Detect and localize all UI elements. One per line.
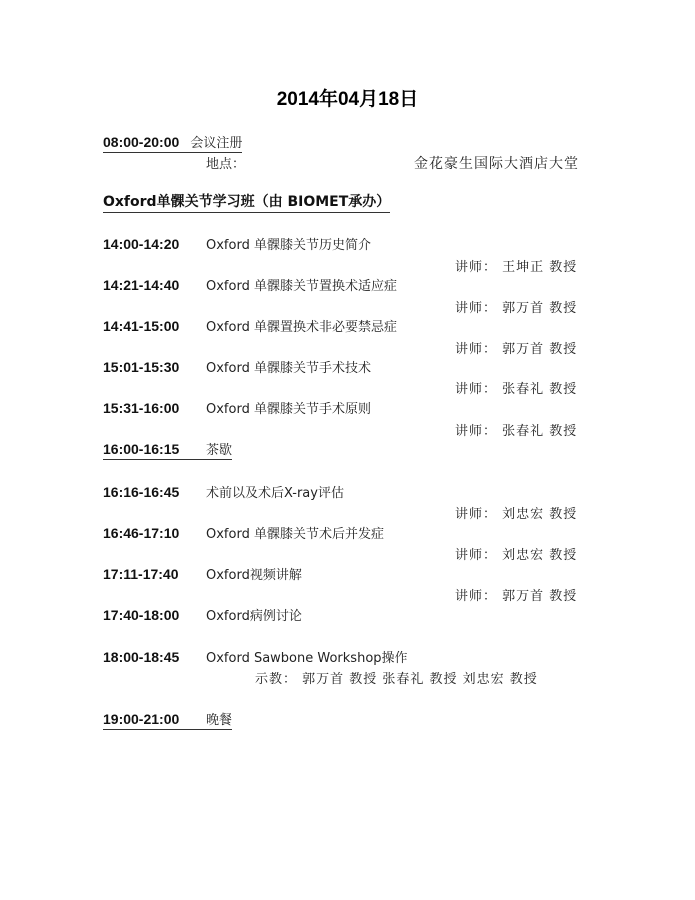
- row-lecturer: 讲师： 郭万首 教授: [455, 338, 577, 357]
- schedule-row: 18:00-18:45Oxford Sawbone Workshop操作: [103, 647, 408, 666]
- row-lecturer: 讲师： 刘忠宏 教授: [455, 503, 577, 522]
- row-topic: Oxford视频讲解: [206, 568, 302, 583]
- row-lecturer: 讲师： 王坤正 教授: [455, 256, 577, 275]
- row-topic: Oxford病例讨论: [206, 609, 302, 624]
- row-topic: 术前以及术后X-ray评估: [206, 486, 344, 501]
- course-heading: Oxford单髁关节学习班（由 BIOMET承办）: [103, 191, 390, 213]
- row-lecturer: 讲师： 郭万首 教授: [455, 297, 577, 316]
- row-topic: Oxford 单髁膝关节术后并发症: [206, 527, 384, 542]
- row-time: 16:16-16:45: [103, 484, 206, 500]
- row-topic: Oxford 单髁膝关节手术原则: [206, 402, 371, 417]
- row-topic: 晚餐: [206, 713, 232, 728]
- registration-label: 会议注册: [190, 136, 242, 151]
- schedule-row: 14:00-14:20Oxford 单髁膝关节历史简介: [103, 234, 371, 253]
- row-time: 14:21-14:40: [103, 277, 206, 293]
- row-topic: Oxford Sawbone Workshop操作: [206, 651, 408, 666]
- schedule-row-tea-break: 16:00-16:15茶歇: [103, 439, 232, 460]
- schedule-row: 16:16-16:45术前以及术后X-ray评估: [103, 482, 344, 501]
- row-time: 16:00-16:15: [103, 441, 206, 457]
- row-time: 19:00-21:00: [103, 711, 206, 727]
- row-time: 14:41-15:00: [103, 318, 206, 334]
- location-label: 地点：: [206, 153, 245, 172]
- row-lecturer: 讲师： 郭万首 教授: [455, 585, 577, 604]
- row-lecturer: 讲师： 刘忠宏 教授: [455, 544, 577, 563]
- page-title: 2014年04月18日: [0, 84, 695, 111]
- row-topic: Oxford 单髁置换术非必要禁忌症: [206, 320, 397, 335]
- row-time: 18:00-18:45: [103, 649, 206, 665]
- row-topic: Oxford 单髁膝关节置换术适应症: [206, 279, 397, 294]
- location-value: 金花豪生国际大酒店大堂: [414, 153, 579, 173]
- row-time: 15:01-15:30: [103, 359, 206, 375]
- row-time: 17:40-18:00: [103, 607, 206, 623]
- registration-line: 08:00-20:00 会议注册: [103, 132, 242, 153]
- row-topic: Oxford 单髁膝关节手术技术: [206, 361, 371, 376]
- row-lecturer: 讲师： 张春礼 教授: [455, 420, 577, 439]
- schedule-row: 16:46-17:10Oxford 单髁膝关节术后并发症: [103, 523, 384, 542]
- row-time: 14:00-14:20: [103, 236, 206, 252]
- schedule-row-dinner: 19:00-21:00晚餐: [103, 709, 232, 730]
- schedule-row: 17:40-18:00Oxford病例讨论: [103, 605, 302, 624]
- row-time: 17:11-17:40: [103, 566, 206, 582]
- row-lecturer: 讲师： 张春礼 教授: [455, 378, 577, 397]
- row-topic: Oxford 单髁膝关节历史简介: [206, 238, 371, 253]
- row-topic: 茶歇: [206, 443, 232, 458]
- row-time: 15:31-16:00: [103, 400, 206, 416]
- registration-time: 08:00-20:00: [103, 134, 179, 150]
- schedule-row: 14:41-15:00Oxford 单髁置换术非必要禁忌症: [103, 316, 397, 335]
- schedule-row: 17:11-17:40Oxford视频讲解: [103, 564, 302, 583]
- schedule-row: 14:21-14:40Oxford 单髁膝关节置换术适应症: [103, 275, 397, 294]
- schedule-row: 15:31-16:00Oxford 单髁膝关节手术原则: [103, 398, 371, 417]
- row-time: 16:46-17:10: [103, 525, 206, 541]
- schedule-row: 15:01-15:30Oxford 单髁膝关节手术技术: [103, 357, 371, 376]
- row-demonstrators: 示教： 郭万首 教授 张春礼 教授 刘忠宏 教授: [255, 668, 538, 687]
